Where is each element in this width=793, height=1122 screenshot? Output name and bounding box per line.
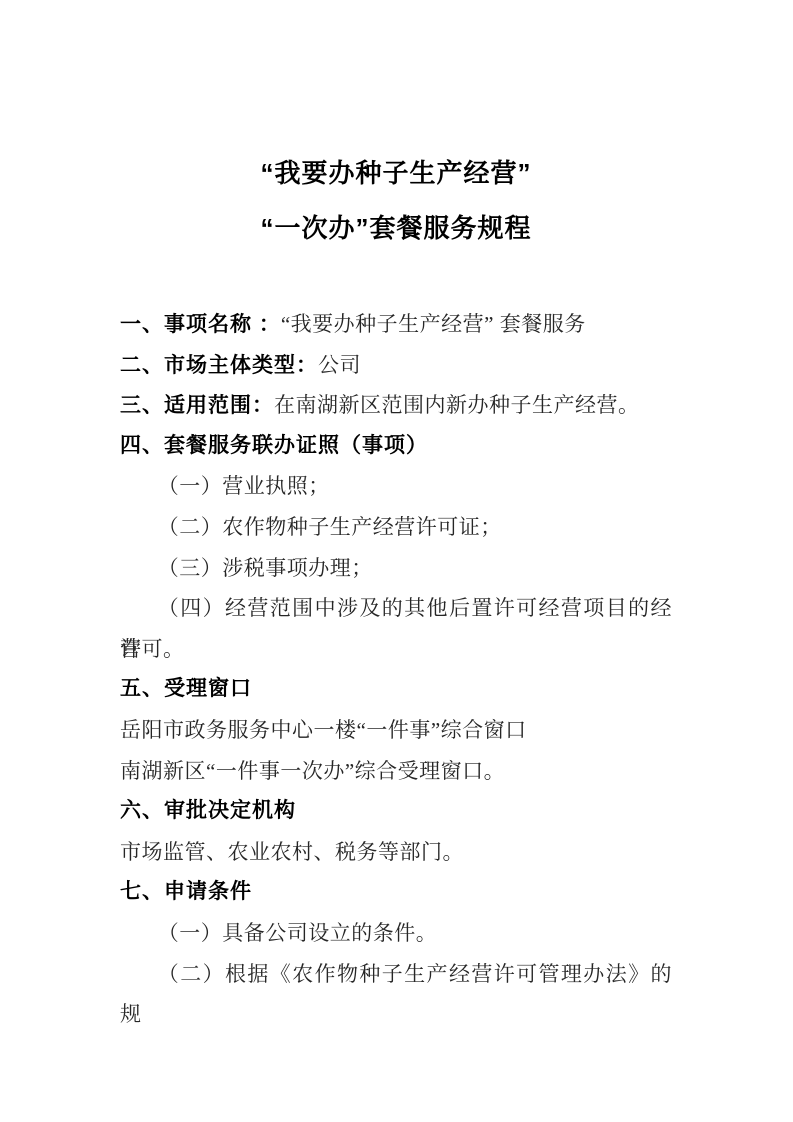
section-scope: 三、适用范围：在南湖新区范围内新办种子生产经营。 bbox=[120, 385, 672, 426]
section-item-name-label: 一、事项名称 ： bbox=[120, 313, 281, 336]
license-item-3: （三）涉税事项办理； bbox=[120, 548, 672, 589]
section-heading-approval-authority: 六、审批决定机构 bbox=[120, 791, 672, 832]
condition-item-1: （一）具备公司设立的条件。 bbox=[120, 913, 672, 954]
license-item-2: （二）农作物种子生产经营许可证； bbox=[120, 507, 672, 548]
section-heading-application-conditions: 七、申请条件 bbox=[120, 872, 672, 913]
document-title-line-2: “一次办”套餐服务规程 bbox=[120, 201, 672, 256]
license-item-4-line-2: 许可。 bbox=[120, 629, 672, 670]
condition-item-2-line-1: （二）根据《农作物种子生产经营许可管理办法》的规 bbox=[120, 954, 672, 995]
section-heading-acceptance-window: 五、受理窗口 bbox=[120, 669, 672, 710]
document-body: 一、事项名称 ：“我要办种子生产经营” 套餐服务 二、市场主体类型：公司 三、适… bbox=[120, 304, 672, 994]
license-item-1: （一）营业执照； bbox=[120, 466, 672, 507]
section-entity-type-label: 二、市场主体类型： bbox=[120, 354, 318, 377]
section-scope-label: 三、适用范围： bbox=[120, 394, 274, 417]
approval-authority-text: 市场监管、农业农村、税务等部门。 bbox=[120, 832, 672, 873]
document-page: “我要办种子生产经营” “一次办”套餐服务规程 一、事项名称 ：“我要办种子生产… bbox=[0, 0, 793, 1122]
acceptance-window-line-2: 南湖新区“一件事一次办”综合受理窗口。 bbox=[120, 751, 672, 792]
document-title-line-1: “我要办种子生产经营” bbox=[120, 146, 672, 201]
section-heading-licenses: 四、套餐服务联办证照（事项） bbox=[120, 426, 672, 467]
section-item-name: 一、事项名称 ：“我要办种子生产经营” 套餐服务 bbox=[120, 304, 672, 345]
section-entity-type-value: 公司 bbox=[318, 353, 361, 377]
acceptance-window-line-1: 岳阳市政务服务中心一楼“一件事”综合窗口 bbox=[120, 710, 672, 751]
section-entity-type: 二、市场主体类型：公司 bbox=[120, 345, 672, 386]
section-scope-value: 在南湖新区范围内新办种子生产经营。 bbox=[274, 393, 640, 417]
section-item-name-value: “我要办种子生产经营” 套餐服务 bbox=[281, 312, 586, 336]
license-item-4-line-1: （四）经营范围中涉及的其他后置许可经营项目的经营 bbox=[120, 588, 672, 629]
document-title: “我要办种子生产经营” “一次办”套餐服务规程 bbox=[120, 146, 672, 256]
